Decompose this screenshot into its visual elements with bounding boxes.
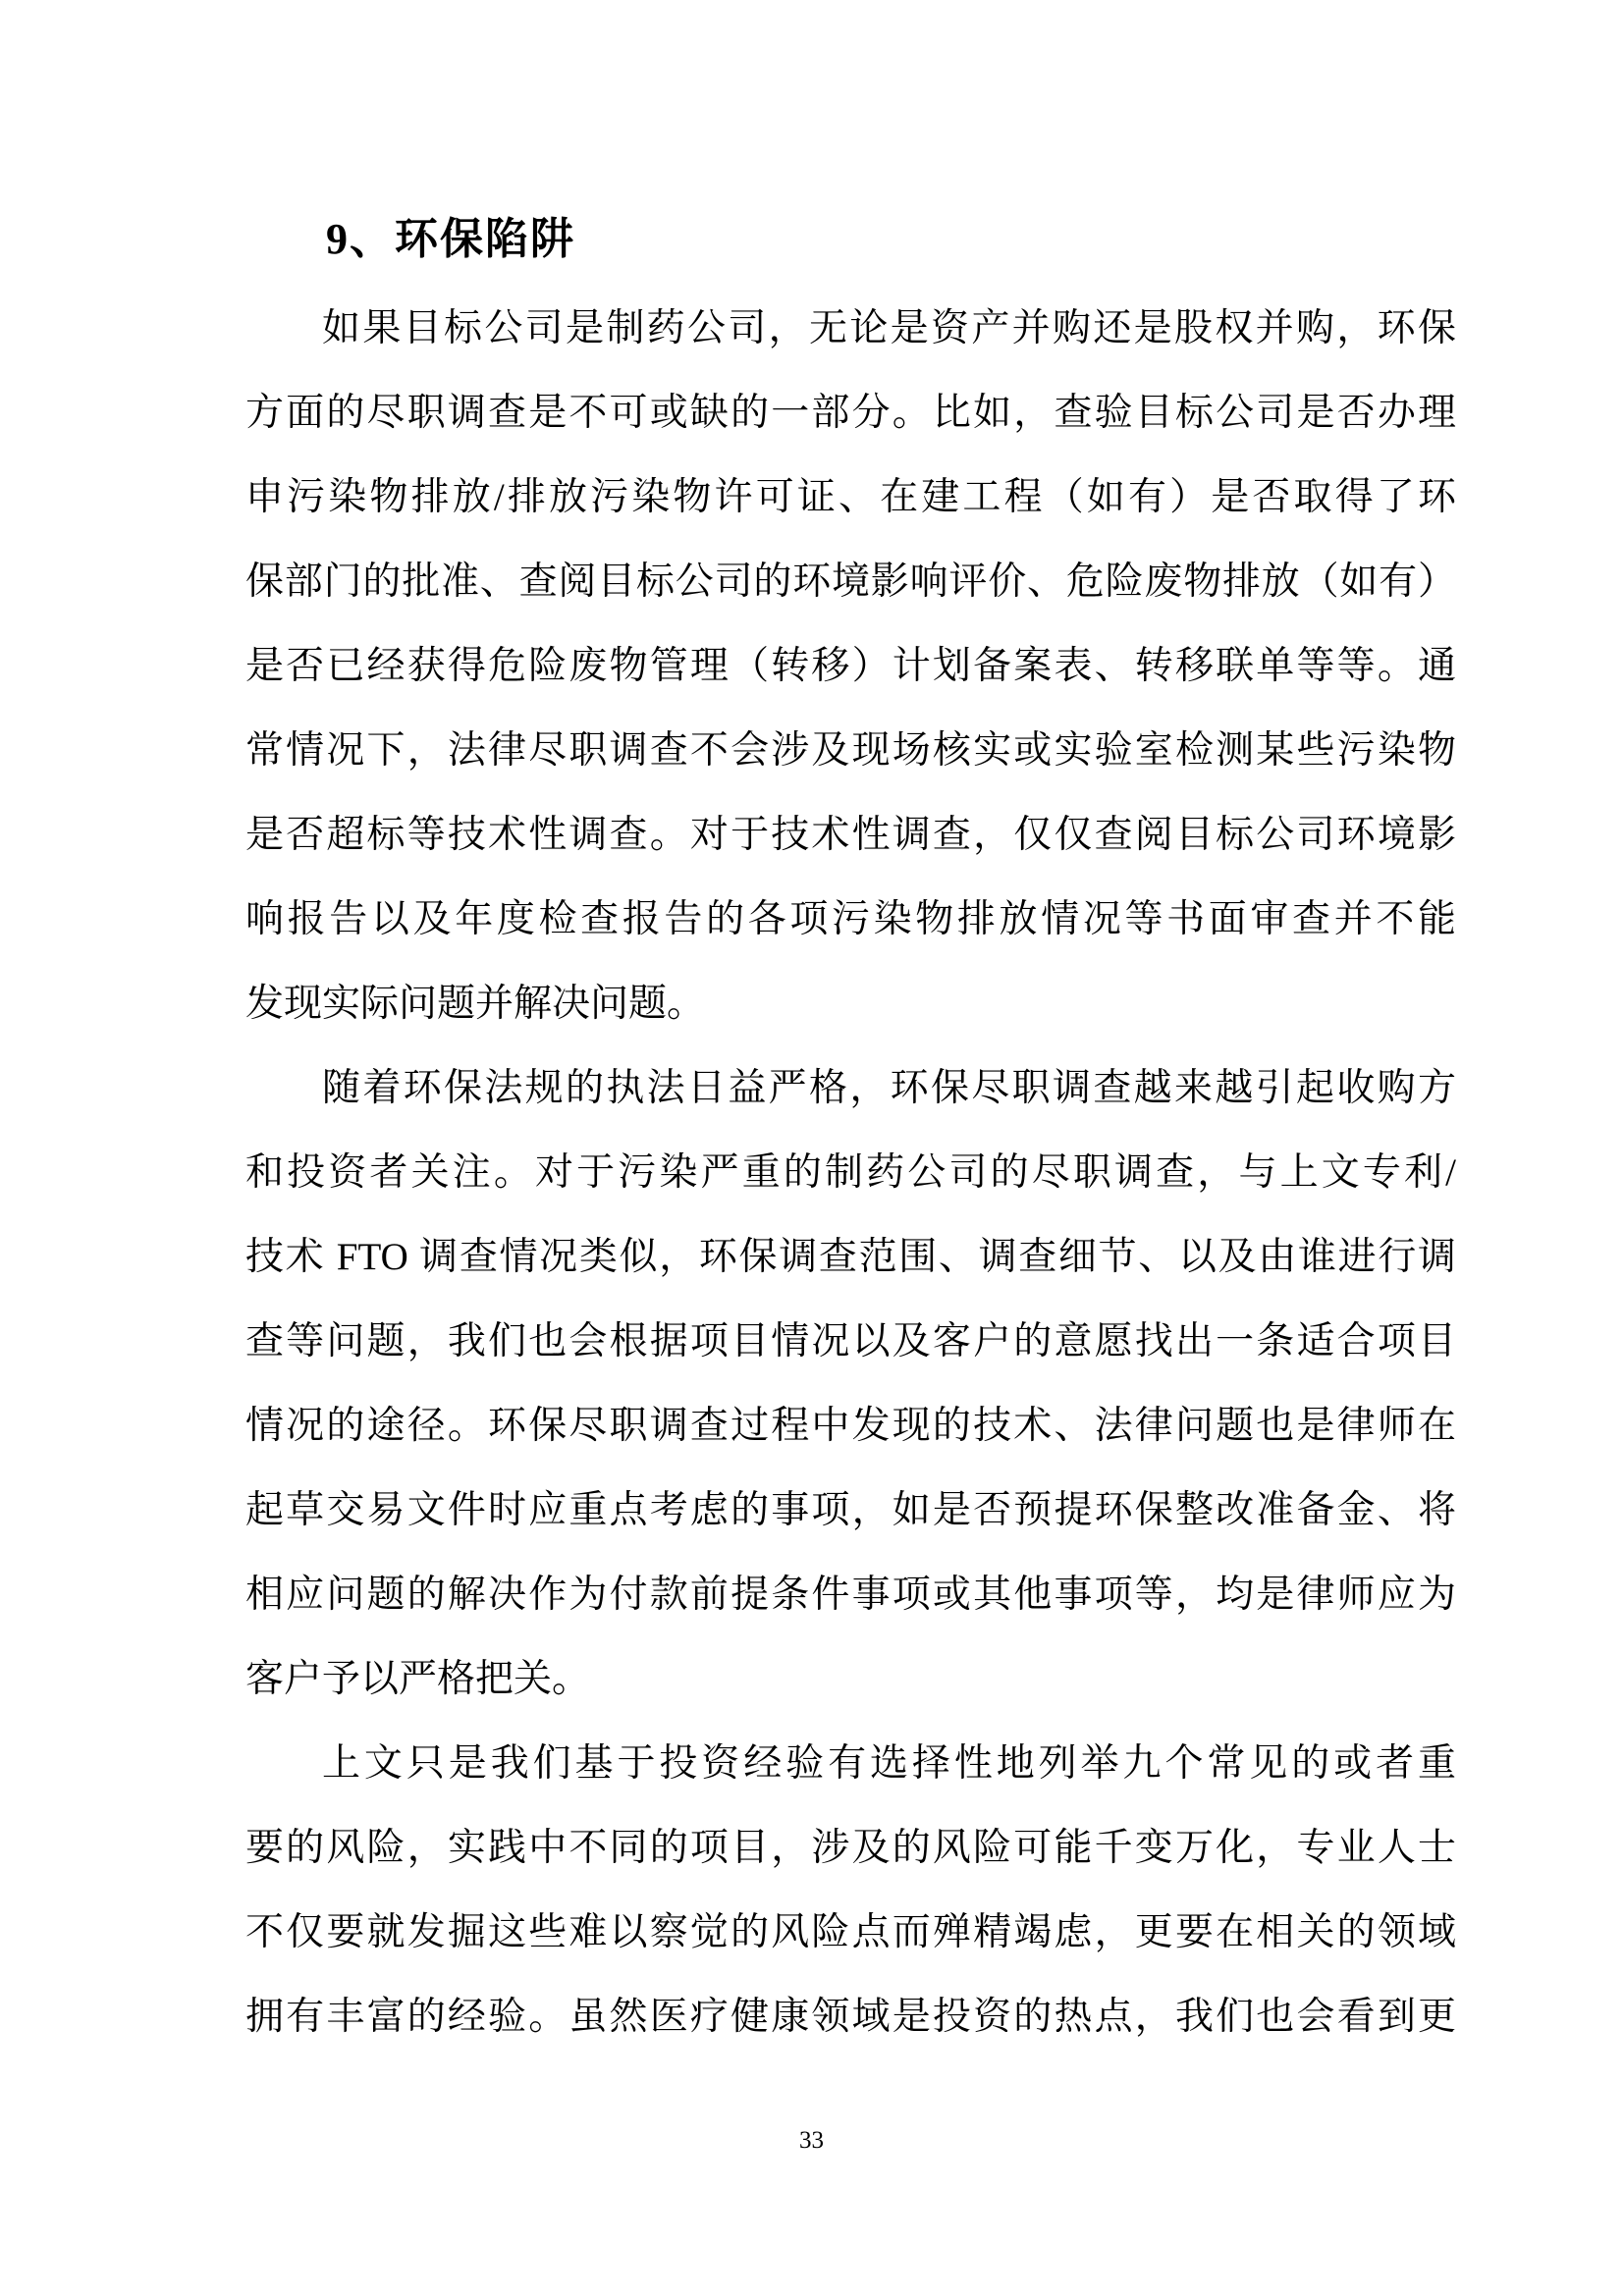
text-line: 和投资者关注。对于污染严重的制药公司的尽职调查，与上文专利/	[245, 1131, 1456, 1215]
text-content: 9、环保陷阱 如果目标公司是制药公司，无论是资产并购还是股权并购，环保 方面的尽…	[245, 218, 1456, 2059]
document-page: 9、环保陷阱 如果目标公司是制药公司，无论是资产并购还是股权并购，环保 方面的尽…	[0, 0, 1623, 2296]
text-line: 客户予以严格把关。	[245, 1637, 1456, 1722]
text-line: 响报告以及年度检查报告的各项污染物排放情况等书面审查并不能	[245, 878, 1456, 962]
text-line: 随着环保法规的执法日益严格，环保尽职调查越来越引起收购方	[245, 1046, 1456, 1131]
text-line: 情况的途径。环保尽职调查过程中发现的技术、法律问题也是律师在	[245, 1384, 1456, 1468]
text-line: 查等问题，我们也会根据项目情况以及客户的意愿找出一条适合项目	[245, 1300, 1456, 1384]
paragraph-3: 上文只是我们基于投资经验有选择性地列举九个常见的或者重 要的风险，实践中不同的项…	[245, 1722, 1456, 2059]
paragraph-2: 随着环保法规的执法日益严格，环保尽职调查越来越引起收购方 和投资者关注。对于污染…	[245, 1046, 1456, 1722]
text-line: 上文只是我们基于投资经验有选择性地列举九个常见的或者重	[245, 1722, 1456, 1806]
text-line: 保部门的批准、查阅目标公司的环境影响评价、危险废物排放（如有）	[245, 540, 1456, 624]
text-line: 是否已经获得危险废物管理（转移）计划备案表、转移联单等等。通	[245, 624, 1456, 709]
text-line: 起草交易文件时应重点考虑的事项，如是否预提环保整改准备金、将	[245, 1468, 1456, 1553]
section-heading: 9、环保陷阱	[245, 218, 1456, 261]
text-line: 申污染物排放/排放污染物许可证、在建工程（如有）是否取得了环	[245, 455, 1456, 540]
paragraph-1: 如果目标公司是制药公司，无论是资产并购还是股权并购，环保 方面的尽职调查是不可或…	[245, 287, 1456, 1046]
page-number: 33	[0, 2126, 1623, 2156]
text-line: 如果目标公司是制药公司，无论是资产并购还是股权并购，环保	[245, 287, 1456, 371]
text-line: 要的风险，实践中不同的项目，涉及的风险可能千变万化，专业人士	[245, 1806, 1456, 1891]
text-line: 是否超标等技术性调查。对于技术性调查，仅仅查阅目标公司环境影	[245, 793, 1456, 878]
text-line: 发现实际问题并解决问题。	[245, 962, 1456, 1046]
text-line: 技术 FTO 调查情况类似，环保调查范围、调查细节、以及由谁进行调	[245, 1215, 1456, 1300]
text-line: 拥有丰富的经验。虽然医疗健康领域是投资的热点，我们也会看到更	[245, 1975, 1456, 2059]
text-line: 不仅要就发掘这些难以察觉的风险点而殚精竭虑，更要在相关的领域	[245, 1891, 1456, 1975]
text-line: 相应问题的解决作为付款前提条件事项或其他事项等，均是律师应为	[245, 1553, 1456, 1637]
text-line: 常情况下，法律尽职调查不会涉及现场核实或实验室检测某些污染物	[245, 709, 1456, 793]
text-line: 方面的尽职调查是不可或缺的一部分。比如，查验目标公司是否办理	[245, 371, 1456, 455]
